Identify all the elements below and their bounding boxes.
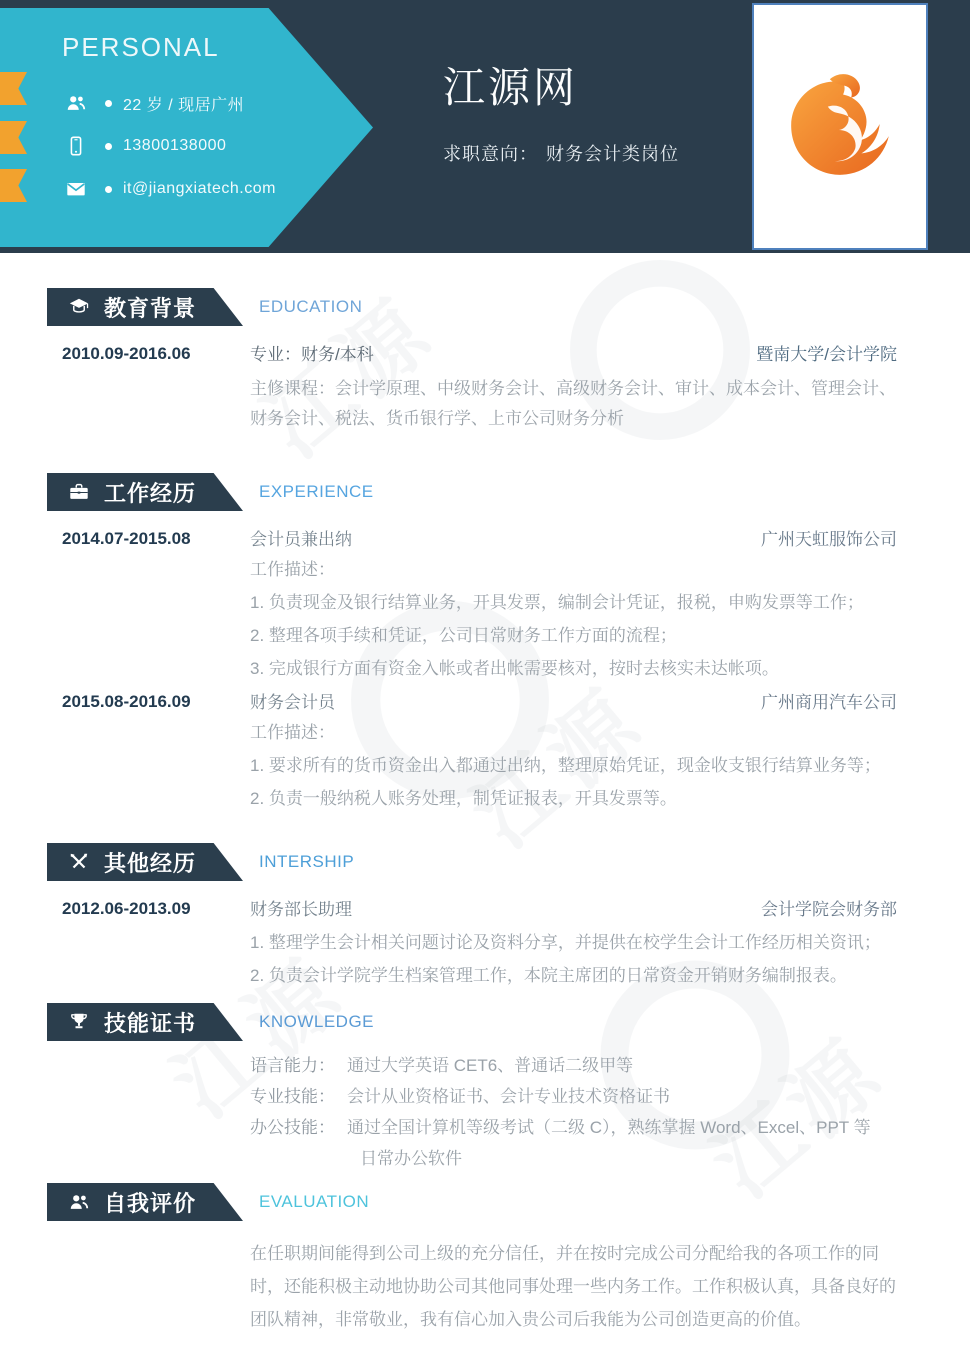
- phone-text: 13800138000: [123, 137, 226, 155]
- section-subtitle: EVALUATION: [259, 1192, 369, 1212]
- resume-header: PERSONAL 22 岁 / 现居广州 13800138000: [0, 0, 970, 253]
- job-bullet: 1. 要求所有的货币资金出入都通过出纳，整理原始凭证，现金收支银行结算业务等；: [250, 755, 897, 777]
- email-text: it@jiangxiatech.com: [123, 180, 276, 198]
- section-title: 其他经历: [104, 847, 196, 878]
- bullet-dot: [105, 143, 112, 150]
- experience-banner: 工作经历: [47, 473, 243, 511]
- section-title: 教育背景: [104, 292, 196, 323]
- logo-card: [752, 3, 928, 250]
- bullet-dot: [105, 186, 112, 193]
- education-entry: 2010.09-2016.06 专业：财务/本科 暨南大学/会计学院 主修课程：…: [62, 344, 897, 434]
- job-desc-label: 工作描述：: [250, 722, 897, 744]
- skill-value-continued: 日常办公软件: [360, 1148, 910, 1170]
- contact-row-email: it@jiangxiatech.com: [64, 174, 276, 204]
- job-entry: 2014.07-2015.08 会计员兼出纳 广州天虹服饰公司 工作描述： 1.…: [62, 529, 897, 680]
- intership-role: 财务部长助理: [250, 899, 352, 921]
- job-body: 会计员兼出纳 广州天虹服饰公司 工作描述： 1. 负责现金及银行结算业务，开具发…: [250, 529, 897, 680]
- job-company: 广州商用汽车公司: [761, 692, 897, 714]
- graduation-cap-icon: [68, 296, 90, 318]
- knowledge-rows: 语言能力： 通过大学英语 CET6、普通话二级甲等 专业技能： 会计从业资格证书…: [250, 1055, 910, 1170]
- job-head: 会计员兼出纳 广州天虹服饰公司: [250, 529, 897, 551]
- evaluation-text: 在任职期间能得到公司上级的充分信任，并在按时完成公司分配给我的各项工作的同时，还…: [250, 1237, 908, 1336]
- education-banner: 教育背景: [47, 288, 243, 326]
- section-evaluation: 自我评价 EVALUATION 在任职期间能得到公司上级的充分信任，并在按时完成…: [0, 1183, 970, 1336]
- candidate-name: 江源网: [443, 55, 578, 115]
- people-icon: [68, 1191, 90, 1213]
- intership-banner-row: 其他经历 INTERSHIP: [0, 843, 970, 881]
- skill-label: 语言能力：: [250, 1055, 347, 1077]
- people-icon: [64, 91, 88, 115]
- contact-row-age-location: 22 岁 / 现居广州: [64, 88, 244, 118]
- intership-body: 财务部长助理 会计学院会财务部 1. 整理学生会计相关问题讨论及资料分享，并提供…: [250, 899, 897, 987]
- intership-entry: 2012.06-2013.09 财务部长助理 会计学院会财务部 1. 整理学生会…: [62, 899, 897, 987]
- section-experience: 工作经历 EXPERIENCE 2014.07-2015.08 会计员兼出纳 广…: [0, 473, 970, 810]
- job-date: 2014.07-2015.08: [62, 529, 250, 680]
- resume-page: PERSONAL 22 岁 / 现居广州 13800138000: [0, 0, 970, 1371]
- job-head: 财务会计员 广州商用汽车公司: [250, 692, 897, 714]
- knowledge-row: 办公技能： 通过全国计算机等级考试（二级 C），熟练掌握 Word、Excel、…: [250, 1117, 910, 1139]
- job-role: 财务会计员: [250, 692, 335, 714]
- education-major: 专业：财务/本科: [250, 344, 374, 366]
- job-role: 会计员兼出纳: [250, 529, 352, 551]
- job-body: 财务会计员 广州商用汽车公司 工作描述： 1. 要求所有的货币资金出入都通过出纳…: [250, 692, 897, 810]
- knowledge-banner: 技能证书: [47, 1003, 243, 1041]
- evaluation-banner: 自我评价: [47, 1183, 243, 1221]
- intership-org: 会计学院会财务部: [761, 899, 897, 921]
- intership-bullet: 2. 负责会计学院学生档案管理工作，本院主席团的日常资金开销财务编制报表。: [250, 965, 897, 987]
- knowledge-row: 语言能力： 通过大学英语 CET6、普通话二级甲等: [250, 1055, 910, 1077]
- company-logo-icon: [779, 66, 901, 188]
- intership-bullet: 1. 整理学生会计相关问题讨论及资料分享，并提供在校学生会计工作经历相关资讯；: [250, 932, 897, 954]
- age-location-text: 22 岁 / 现居广州: [123, 92, 244, 115]
- job-objective: 求职意向：财务会计类岗位: [443, 140, 679, 166]
- job-bullet: 2. 整理各项手续和凭证，公司日常财务工作方面的流程；: [250, 625, 897, 647]
- objective-label: 求职意向：: [443, 144, 538, 164]
- job-bullet: 1. 负责现金及银行结算业务，开具发票，编制会计凭证，报税，申购发票等工作；: [250, 592, 897, 614]
- email-icon: [64, 177, 88, 201]
- skill-label: 专业技能：: [250, 1086, 347, 1108]
- section-title: 工作经历: [104, 477, 196, 508]
- job-bullet: 3. 完成银行方面有资金入帐或者出帐需要核对，按时去核实未达帐项。: [250, 658, 897, 680]
- personal-heading: PERSONAL: [62, 32, 220, 63]
- evaluation-banner-row: 自我评价 EVALUATION: [0, 1183, 970, 1221]
- section-intership: 其他经历 INTERSHIP 2012.06-2013.09 财务部长助理 会计…: [0, 843, 970, 987]
- section-title: 技能证书: [104, 1007, 196, 1038]
- courses-line-2: 财务会计、税法、货币银行学、上市公司财务分析: [250, 404, 897, 434]
- contact-row-phone: 13800138000: [64, 131, 226, 161]
- job-date: 2015.08-2016.09: [62, 692, 250, 810]
- objective-value: 财务会计类岗位: [546, 144, 679, 164]
- education-courses: 主修课程：会计学原理、中级财务会计、高级财务会计、审计、成本会计、管理会计、 财…: [250, 374, 897, 434]
- section-education: 教育背景 EDUCATION 2010.09-2016.06 专业：财务/本科 …: [0, 288, 970, 434]
- trophy-icon: [68, 1011, 90, 1033]
- bullet-dot: [105, 100, 112, 107]
- skill-label: 办公技能：: [250, 1117, 347, 1139]
- section-knowledge: 技能证书 KNOWLEDGE 语言能力： 通过大学英语 CET6、普通话二级甲等…: [0, 1003, 970, 1170]
- education-body: 专业：财务/本科 暨南大学/会计学院 主修课程：会计学原理、中级财务会计、高级财…: [250, 344, 897, 434]
- section-subtitle: EDUCATION: [259, 297, 362, 317]
- intership-banner: 其他经历: [47, 843, 243, 881]
- skill-value: 通过全国计算机等级考试（二级 C），熟练掌握 Word、Excel、PPT 等: [347, 1117, 871, 1139]
- skill-value: 通过大学英语 CET6、普通话二级甲等: [347, 1055, 633, 1077]
- education-date: 2010.09-2016.06: [62, 344, 250, 434]
- section-title: 自我评价: [104, 1187, 196, 1218]
- section-subtitle: EXPERIENCE: [259, 482, 374, 502]
- tools-icon: [68, 851, 90, 873]
- job-entry: 2015.08-2016.09 财务会计员 广州商用汽车公司 工作描述： 1. …: [62, 692, 897, 810]
- education-school: 暨南大学/会计学院: [756, 344, 897, 366]
- knowledge-banner-row: 技能证书 KNOWLEDGE: [0, 1003, 970, 1041]
- skill-value: 会计从业资格证书、会计专业技术资格证书: [347, 1086, 670, 1108]
- job-bullet: 2. 负责一般纳税人账务处理，制凭证报表，开具发票等。: [250, 788, 897, 810]
- experience-banner-row: 工作经历 EXPERIENCE: [0, 473, 970, 511]
- education-head: 专业：财务/本科 暨南大学/会计学院: [250, 344, 897, 366]
- intership-date: 2012.06-2013.09: [62, 899, 250, 987]
- phone-icon: [64, 134, 88, 158]
- intership-head: 财务部长助理 会计学院会财务部: [250, 899, 897, 921]
- education-banner-row: 教育背景 EDUCATION: [0, 288, 970, 326]
- section-subtitle: INTERSHIP: [259, 852, 354, 872]
- briefcase-icon: [68, 481, 90, 503]
- knowledge-row: 专业技能： 会计从业资格证书、会计专业技术资格证书: [250, 1086, 910, 1108]
- job-desc-label: 工作描述：: [250, 559, 897, 581]
- courses-line-1: 主修课程：会计学原理、中级财务会计、高级财务会计、审计、成本会计、管理会计、: [250, 374, 897, 404]
- section-subtitle: KNOWLEDGE: [259, 1012, 374, 1032]
- personal-panel: PERSONAL 22 岁 / 现居广州 13800138000: [0, 8, 373, 247]
- job-company: 广州天虹服饰公司: [761, 529, 897, 551]
